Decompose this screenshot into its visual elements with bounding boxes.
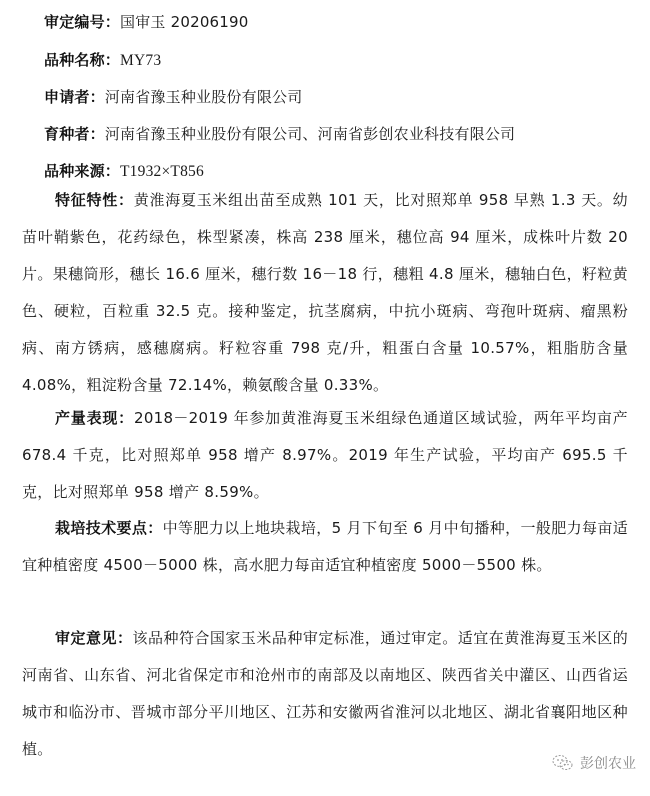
field-applicant: 申请者：河南省豫玉种业股份有限公司 [44, 87, 302, 107]
watermark-text: 彭创农业 [580, 753, 636, 773]
field-label: 品种来源： [44, 162, 120, 180]
section-text: 黄淮海夏玉米组出苗至成熟 101 天，比对照郑单 958 早熟 1.3 天。幼苗… [22, 191, 628, 394]
section-label: 审定意见： [55, 629, 132, 647]
field-label: 审定编号： [44, 13, 120, 31]
watermark: 彭创农业 [552, 753, 636, 773]
section-label: 栽培技术要点： [55, 519, 163, 537]
field-label: 申请者： [44, 88, 105, 106]
field-value: 国审玉 20206190 [120, 13, 249, 31]
section-label: 特征特性： [55, 191, 134, 209]
field-variety-name: 品种名称：MY73 [44, 50, 161, 71]
section-label: 产量表现： [55, 409, 134, 427]
section-approval-opinion: 审定意见：该品种符合国家玉米品种审定标准，通过审定。适宜在黄淮海夏玉米区的河南省… [22, 620, 628, 768]
field-breeder: 育种者：河南省豫玉种业股份有限公司、河南省彭创农业科技有限公司 [44, 124, 515, 144]
field-label: 育种者： [44, 125, 105, 143]
field-value: 河南省豫玉种业股份有限公司、河南省彭创农业科技有限公司 [105, 125, 515, 143]
section-cultivation: 栽培技术要点：中等肥力以上地块栽培，5 月下旬至 6 月中旬播种，一般肥力每亩适… [22, 510, 628, 584]
field-value: MY73 [120, 52, 161, 69]
field-approval-number: 审定编号：国审玉 20206190 [44, 12, 249, 32]
field-value: T1932×T856 [120, 163, 204, 180]
section-yield: 产量表现：2018－2019 年参加黄淮海夏玉米组绿色通道区域试验，两年平均亩产… [22, 400, 628, 511]
field-label: 品种名称： [44, 51, 120, 69]
wechat-icon [552, 754, 574, 772]
field-value: 河南省豫玉种业股份有限公司 [105, 88, 303, 106]
section-characteristics: 特征特性：黄淮海夏玉米组出苗至成熟 101 天，比对照郑单 958 早熟 1.3… [22, 182, 628, 404]
section-text: 该品种符合国家玉米品种审定标准，通过审定。适宜在黄淮海夏玉米区的河南省、山东省、… [22, 629, 628, 758]
field-variety-source: 品种来源：T1932×T856 [44, 161, 204, 182]
